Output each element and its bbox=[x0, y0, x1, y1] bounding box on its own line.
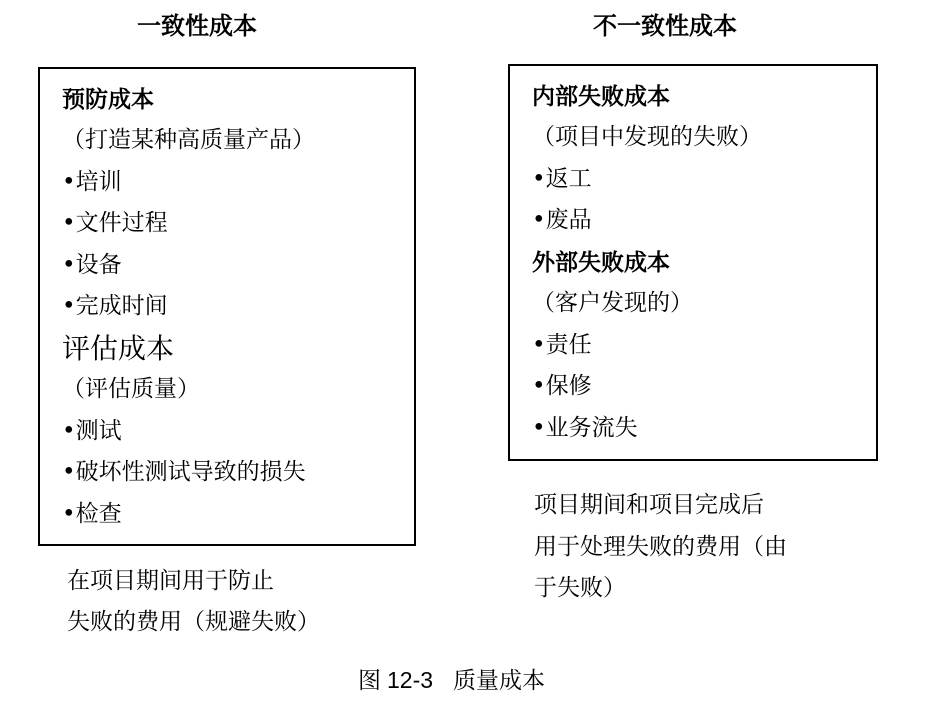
nonconformance-note-line: 项目期间和项目完成后 bbox=[534, 494, 764, 517]
list-item: •检查 bbox=[62, 503, 122, 526]
figure-caption: 图12-3质量成本 bbox=[358, 662, 545, 695]
external-failure-heading: 外部失败成本 bbox=[532, 251, 670, 274]
list-item: •责任 bbox=[532, 334, 592, 357]
conformance-note-line: 失败的费用（规避失败） bbox=[67, 611, 320, 634]
prevention-cost-heading: 预防成本 bbox=[62, 88, 154, 111]
list-item: •破坏性测试导致的损失 bbox=[62, 461, 306, 484]
caption-text: 质量成本 bbox=[453, 668, 545, 694]
conformance-cost-box: 预防成本 （打造某种高质量产品） •培训 •文件过程 •设备 •完成时间 评估成… bbox=[38, 67, 416, 546]
list-item: •返工 bbox=[532, 168, 592, 191]
conformance-note-line: 在项目期间用于防止 bbox=[67, 570, 274, 593]
internal-failure-subtitle: （项目中发现的失败） bbox=[532, 126, 762, 149]
list-item: •业务流失 bbox=[532, 417, 638, 440]
list-item: •测试 bbox=[62, 420, 122, 443]
list-item: •设备 bbox=[62, 254, 122, 277]
caption-prefix: 图 bbox=[358, 668, 381, 694]
nonconformance-cost-box: 内部失败成本 （项目中发现的失败） •返工 •废品 外部失败成本 （客户发现的）… bbox=[508, 64, 878, 461]
nonconformance-cost-title: 不一致性成本 bbox=[593, 6, 737, 41]
caption-number: 12-3 bbox=[387, 667, 433, 693]
list-item: •废品 bbox=[532, 209, 592, 232]
appraisal-cost-subtitle: （评估质量） bbox=[62, 378, 200, 401]
list-item: •文件过程 bbox=[62, 212, 168, 235]
conformance-cost-title: 一致性成本 bbox=[137, 6, 257, 41]
list-item: •完成时间 bbox=[62, 295, 168, 318]
prevention-cost-subtitle: （打造某种高质量产品） bbox=[62, 129, 315, 152]
external-failure-subtitle: （客户发现的） bbox=[532, 292, 693, 315]
list-item: •保修 bbox=[532, 375, 592, 398]
list-item: •培训 bbox=[62, 171, 122, 194]
nonconformance-note-line: 于失败） bbox=[534, 577, 626, 600]
appraisal-cost-heading: 评估成本 bbox=[62, 335, 174, 363]
internal-failure-heading: 内部失败成本 bbox=[532, 85, 670, 108]
nonconformance-note-line: 用于处理失败的费用（由 bbox=[534, 536, 787, 559]
